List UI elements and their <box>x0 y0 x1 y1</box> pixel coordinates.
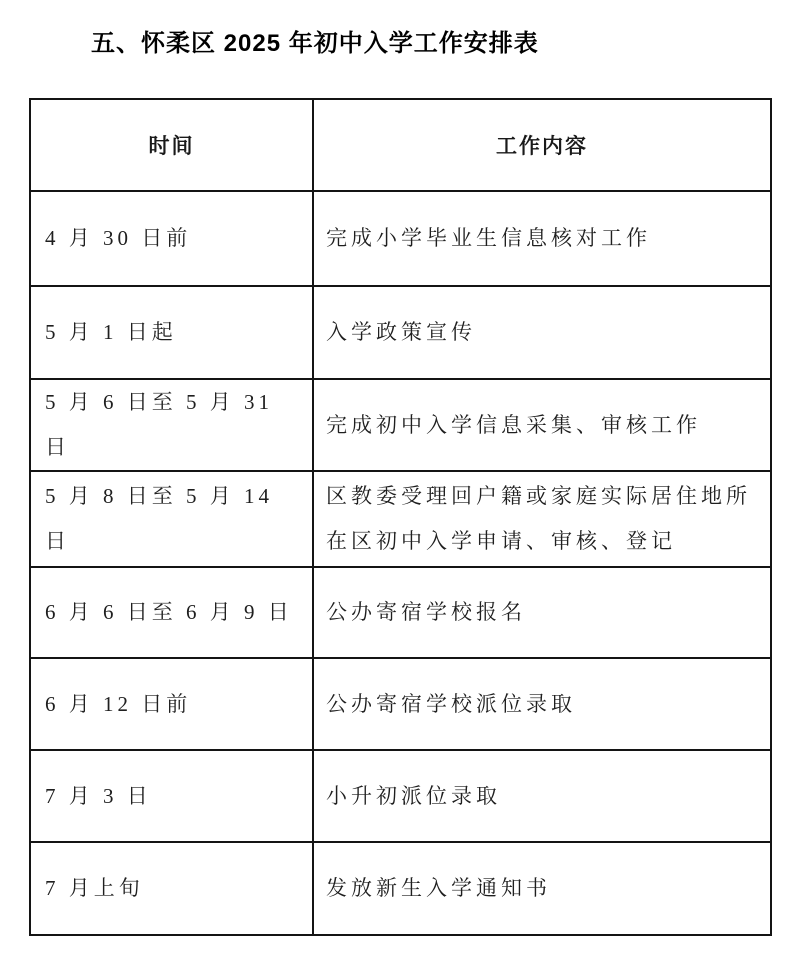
time-cell: 5 月 8 日至 5 月 14 日 <box>30 471 313 567</box>
content-cell: 公办寄宿学校报名 <box>313 567 771 658</box>
time-cell: 4 月 30 日前 <box>30 191 313 286</box>
content-cell: 入学政策宣传 <box>313 286 771 379</box>
schedule-table: 时间 工作内容 4 月 30 日前 完成小学毕业生信息核对工作 5 月 1 日起… <box>29 98 772 936</box>
column-header-time: 时间 <box>30 99 313 191</box>
content-cell: 完成初中入学信息采集、审核工作 <box>313 379 771 471</box>
table-row: 7 月上旬 发放新生入学通知书 <box>30 842 771 935</box>
table-row: 5 月 8 日至 5 月 14 日 区教委受理回户籍或家庭实际居住地所在区初中入… <box>30 471 771 567</box>
table-row: 5 月 1 日起 入学政策宣传 <box>30 286 771 379</box>
table-row: 5 月 6 日至 5 月 31 日 完成初中入学信息采集、审核工作 <box>30 379 771 471</box>
content-cell: 小升初派位录取 <box>313 750 771 842</box>
time-cell: 5 月 6 日至 5 月 31 日 <box>30 379 313 471</box>
content-cell: 发放新生入学通知书 <box>313 842 771 935</box>
table-header-row: 时间 工作内容 <box>30 99 771 191</box>
table-row: 6 月 6 日至 6 月 9 日 公办寄宿学校报名 <box>30 567 771 658</box>
table-row: 6 月 12 日前 公办寄宿学校派位录取 <box>30 658 771 750</box>
table-row: 4 月 30 日前 完成小学毕业生信息核对工作 <box>30 191 771 286</box>
time-cell: 7 月 3 日 <box>30 750 313 842</box>
column-header-content: 工作内容 <box>313 99 771 191</box>
document-page: 五、怀柔区 2025 年初中入学工作安排表 时间 工作内容 4 月 30 日前 … <box>0 0 800 956</box>
time-cell: 7 月上旬 <box>30 842 313 935</box>
time-cell: 5 月 1 日起 <box>30 286 313 379</box>
time-cell: 6 月 6 日至 6 月 9 日 <box>30 567 313 658</box>
content-cell: 完成小学毕业生信息核对工作 <box>313 191 771 286</box>
table-row: 7 月 3 日 小升初派位录取 <box>30 750 771 842</box>
time-cell: 6 月 12 日前 <box>30 658 313 750</box>
page-title: 五、怀柔区 2025 年初中入学工作安排表 <box>91 23 539 58</box>
content-cell: 区教委受理回户籍或家庭实际居住地所在区初中入学申请、审核、登记 <box>313 471 771 567</box>
content-cell: 公办寄宿学校派位录取 <box>313 658 771 750</box>
